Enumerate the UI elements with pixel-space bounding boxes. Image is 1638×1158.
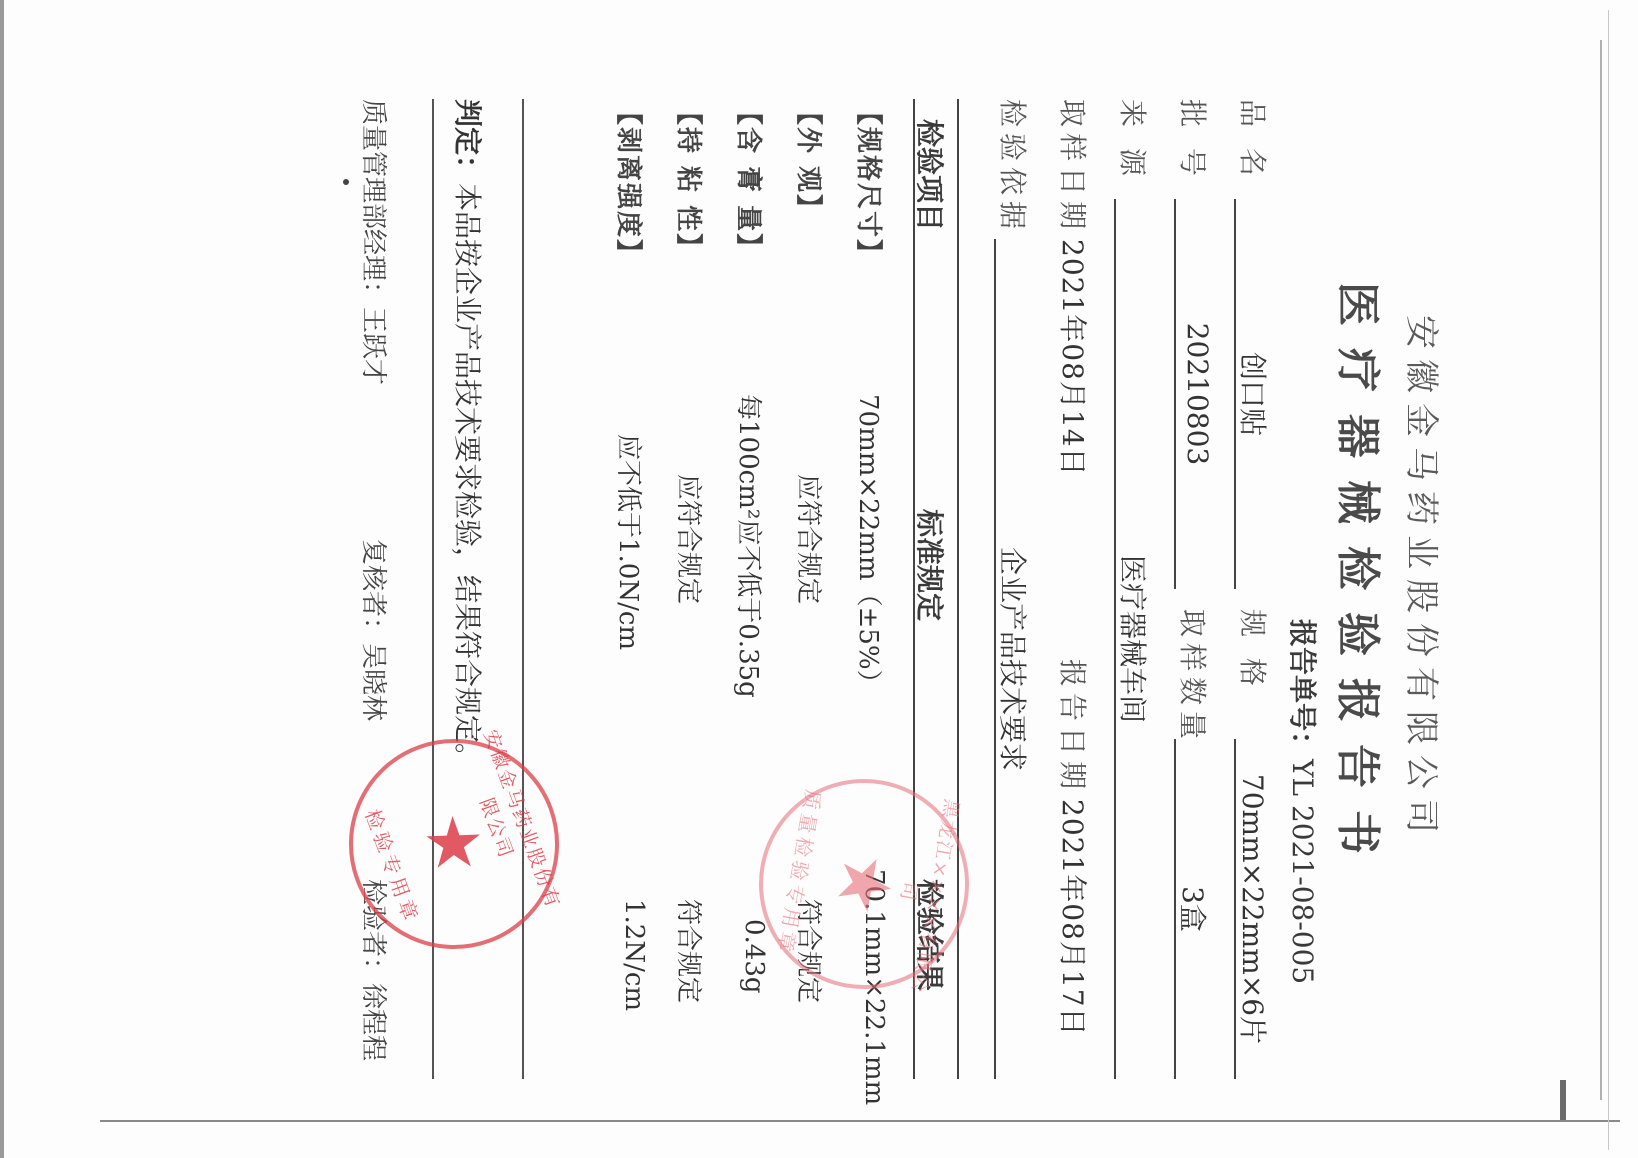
batch-label: 批 号 xyxy=(1174,99,1214,182)
row-standard: 应符合规定 xyxy=(672,474,709,604)
source-value: 医疗器械车间 xyxy=(1114,199,1154,1079)
company-name: 安徽金马药业股份有限公司 xyxy=(1400,59,1449,1099)
basis-label: 检验依据 xyxy=(994,99,1034,235)
ink-dot xyxy=(343,179,349,185)
sample-date-label: 取样日期 xyxy=(1054,99,1094,235)
report-number-value: YL 2021-08-005 xyxy=(1286,759,1319,984)
header-item: 检验项目 xyxy=(911,119,951,231)
table-row: 【剥离强度】 应不低于1.0N/cm 1.2N/cm xyxy=(593,99,649,1079)
row-standard: 应不低于1.0N/cm xyxy=(612,434,649,650)
sample-qty-value: 3盒 xyxy=(1174,739,1214,1079)
scan-corner-mark xyxy=(1560,1080,1566,1120)
row-item: 【规格尺寸】 xyxy=(852,99,889,267)
table-row: 【含 膏 量】 每100cm²应不低于0.35g 0.43g xyxy=(713,99,769,1079)
sample-qty-label: 取样数量 xyxy=(1174,609,1214,745)
report-number-label: 报告单号： xyxy=(1286,619,1319,759)
info-row-basis: 检验依据 企业产品技术要求 xyxy=(988,99,1034,1079)
report-title: 医疗器械检验报告书 xyxy=(1330,59,1394,1099)
report-date-value: 2021年08月17日 xyxy=(1054,799,1094,1037)
info-row-batch: 批 号 20210803 取样数量 3盒 xyxy=(1168,99,1214,1079)
row-item: 【外 观】 xyxy=(792,99,829,222)
row-standard: 应符合规定 xyxy=(792,474,829,604)
table-row: 【持 粘 性】 应符合规定 符合规定 xyxy=(653,99,709,1079)
scan-border-right xyxy=(1600,40,1602,1100)
info-row-product: 品 名 创口贴 规 格 70mm×22mm×6片 xyxy=(1228,99,1274,1079)
header-standard: 标准规定 xyxy=(911,509,951,621)
row-item: 【持 粘 性】 xyxy=(672,99,709,261)
row-result: 0.43g xyxy=(739,919,769,994)
source-label: 来 源 xyxy=(1114,99,1154,182)
spec-label: 规 格 xyxy=(1234,609,1274,692)
report-number: 报告单号：YL 2021-08-005 xyxy=(1284,619,1324,984)
basis-value: 企业产品技术要求 xyxy=(994,239,1034,1079)
scan-border-line xyxy=(1608,10,1609,1150)
info-row-source: 来 源 医疗器械车间 xyxy=(1108,99,1154,1079)
row-result: 1.2N/cm xyxy=(619,899,649,1011)
info-row-dates: 取样日期 2021年08月14日 报告日期 2021年08月17日 xyxy=(1048,99,1094,1079)
verdict-label: 判定： xyxy=(451,99,484,183)
sample-date-value: 2021年08月14日 xyxy=(1054,239,1094,477)
reviewer-signature: 复核者：吴晓林 xyxy=(357,539,394,721)
qa-manager-signature: 质量管理部经理：王跃才 xyxy=(357,99,394,385)
verdict-text: 本品按企业产品技术要求检验，结果符合规定。 xyxy=(451,183,484,771)
batch-value: 20210803 xyxy=(1174,199,1214,589)
report-date-label: 报告日期 xyxy=(1054,659,1094,795)
product-name-value: 创口贴 xyxy=(1234,199,1274,589)
row-result: 符合规定 xyxy=(672,899,709,1003)
row-item: 【剥离强度】 xyxy=(612,99,649,267)
divider-line xyxy=(522,99,524,1079)
row-item: 【含 膏 量】 xyxy=(732,99,769,261)
row-standard: 每100cm²应不低于0.35g xyxy=(732,394,769,698)
scan-border-left xyxy=(0,0,4,1158)
product-name-label: 品 名 xyxy=(1234,99,1274,182)
inspection-report-page: 安徽金马药业股份有限公司 医疗器械检验报告书 报告单号：YL 2021-08-0… xyxy=(149,59,1489,1099)
scan-border-bottom xyxy=(100,1120,1620,1122)
spec-value: 70mm×22mm×6片 xyxy=(1234,739,1274,1079)
verdict: 判定：本品按企业产品技术要求检验，结果符合规定。 xyxy=(449,99,489,771)
row-standard: 70mm×22mm（±5%） xyxy=(852,394,889,696)
